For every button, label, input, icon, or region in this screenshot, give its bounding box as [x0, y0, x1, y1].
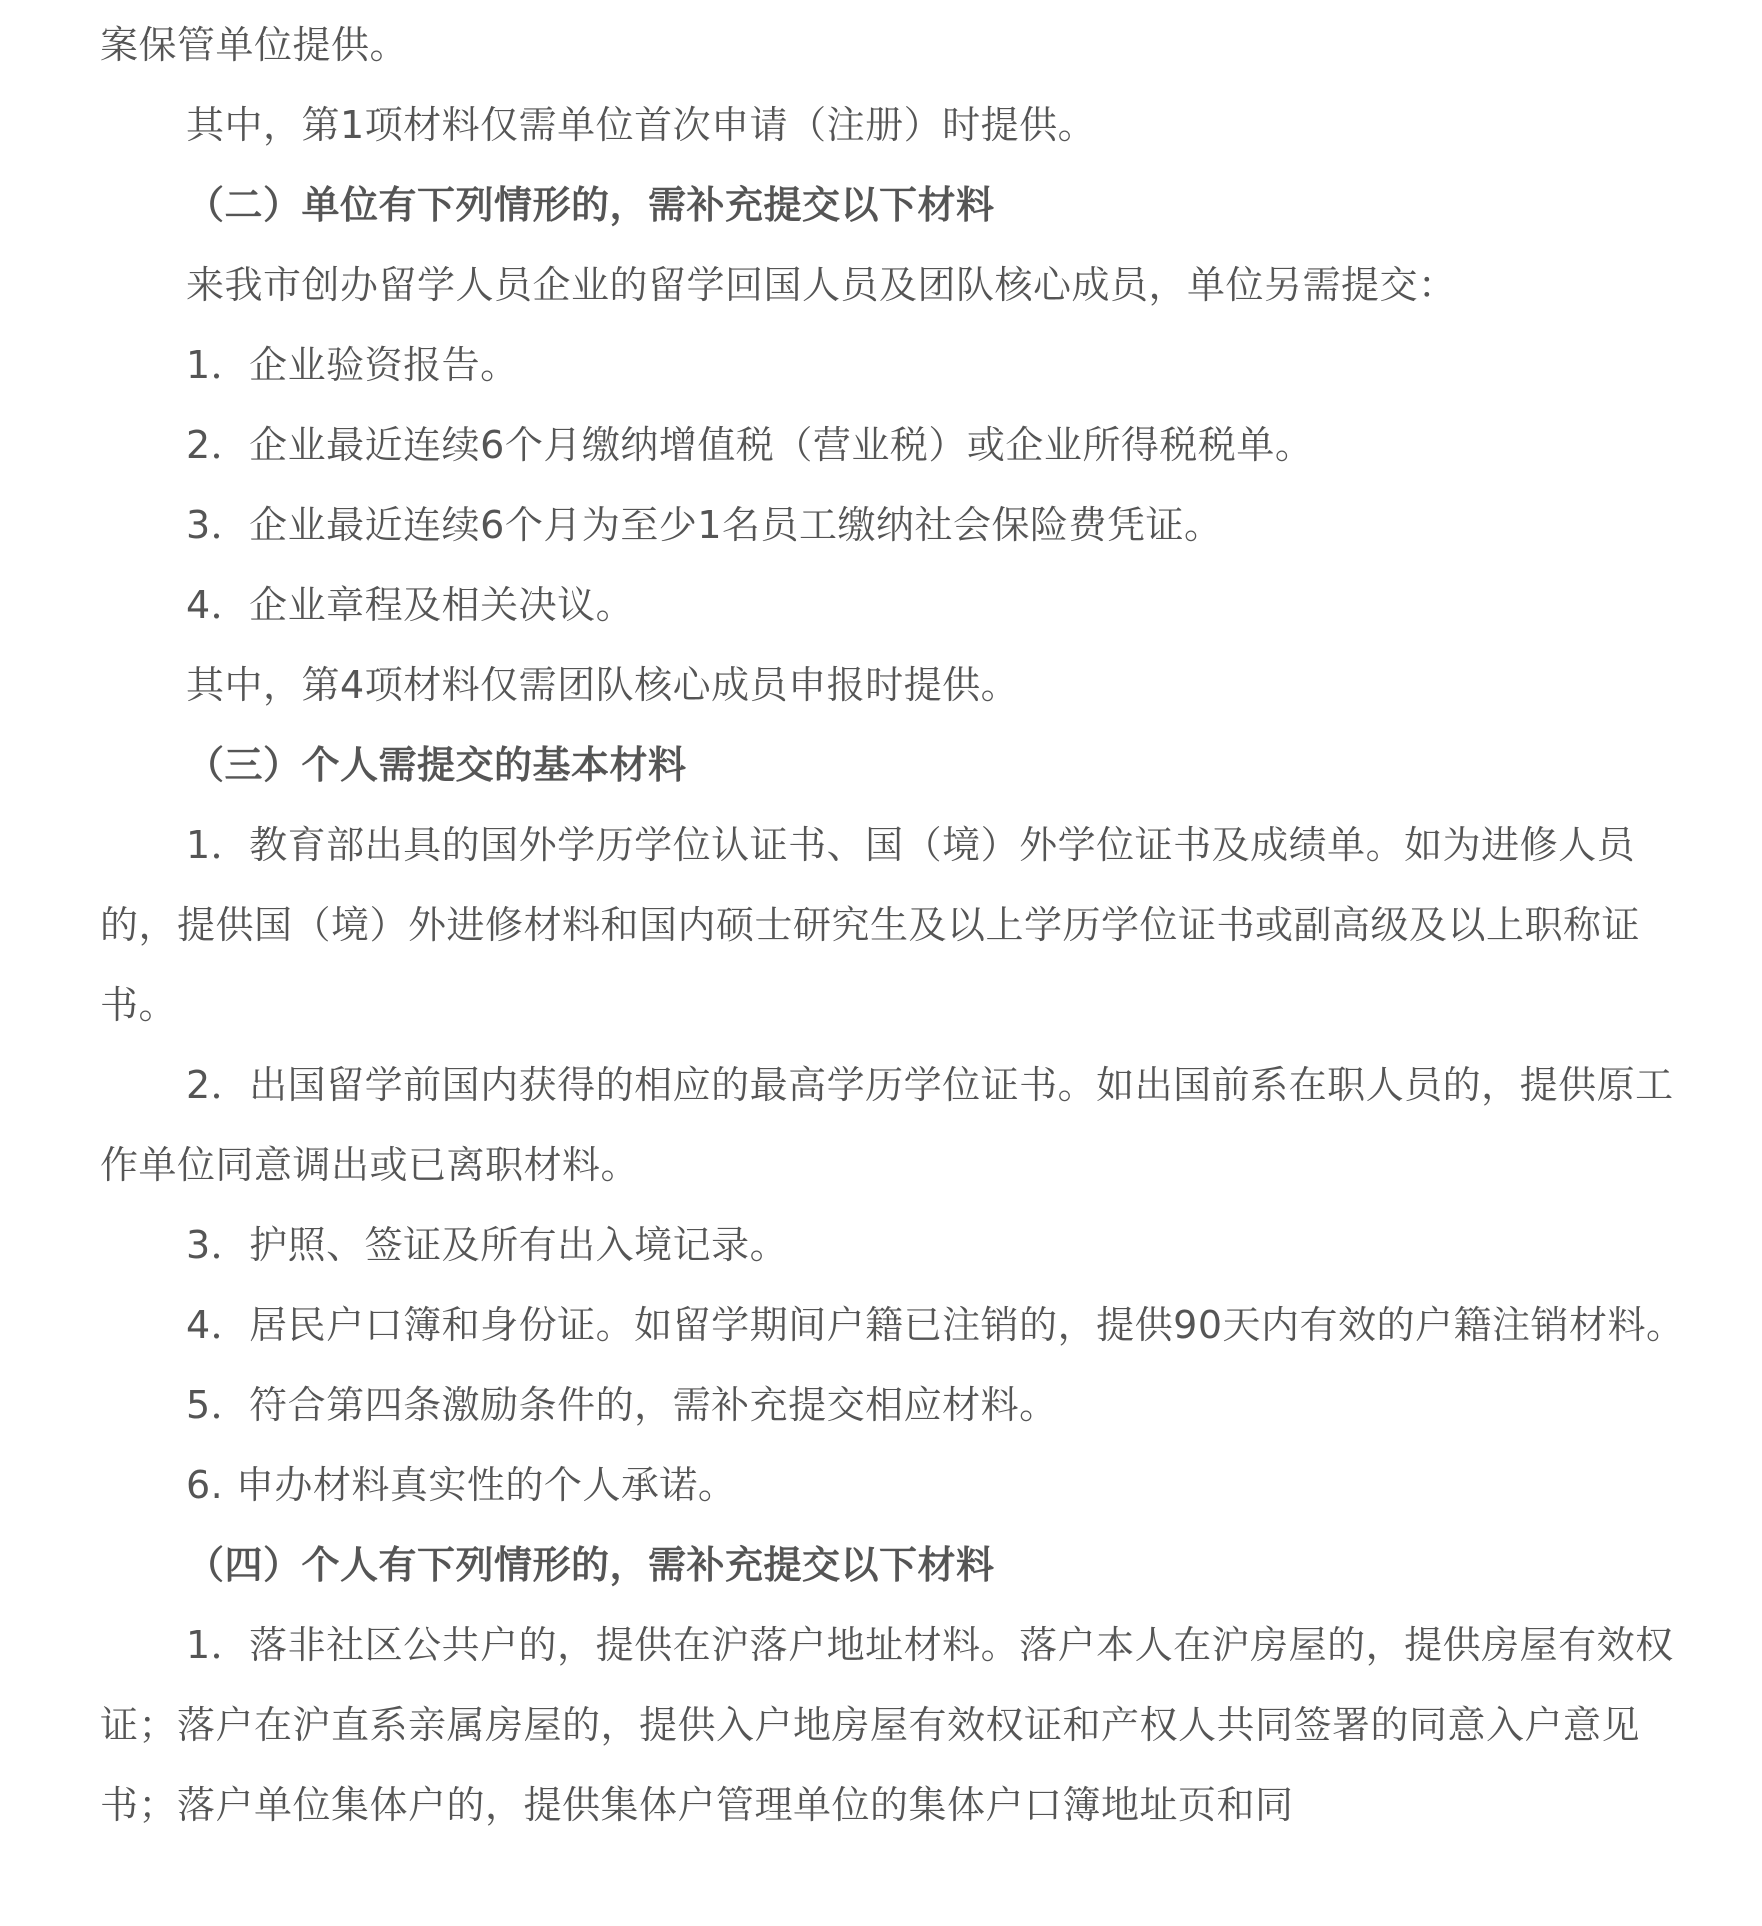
list-item: 3．护照、签证及所有出入境记录。	[100, 1205, 1700, 1285]
list-item: 5．符合第四条激励条件的，需补充提交相应材料。	[100, 1365, 1700, 1445]
list-item: 2．出国留学前国内获得的相应的最高学历学位证书。如出国前系在职人员的，提供原工作…	[100, 1045, 1700, 1205]
document-body: 案保管单位提供。 其中，第1项材料仅需单位首次申请（注册）时提供。 （二）单位有…	[100, 0, 1700, 1845]
section-heading-4: （四）个人有下列情形的，需补充提交以下材料	[100, 1525, 1700, 1605]
paragraph: 其中，第1项材料仅需单位首次申请（注册）时提供。	[100, 85, 1700, 165]
paragraph: 案保管单位提供。	[100, 5, 1700, 85]
list-item: 1．落非社区公共户的，提供在沪落户地址材料。落户本人在沪房屋的，提供房屋有效权证…	[100, 1605, 1700, 1845]
section-heading-3: （三）个人需提交的基本材料	[100, 725, 1700, 805]
section-heading-2: （二）单位有下列情形的，需补充提交以下材料	[100, 165, 1700, 245]
paragraph: 来我市创办留学人员企业的留学回国人员及团队核心成员，单位另需提交：	[100, 245, 1700, 325]
list-item: 3．企业最近连续6个月为至少1名员工缴纳社会保险费凭证。	[100, 485, 1700, 565]
list-item: 4．企业章程及相关决议。	[100, 565, 1700, 645]
list-item: 6. 申办材料真实性的个人承诺。	[100, 1445, 1700, 1525]
list-item: 1．教育部出具的国外学历学位认证书、国（境）外学位证书及成绩单。如为进修人员的，…	[100, 805, 1700, 1045]
paragraph: 其中，第4项材料仅需团队核心成员申报时提供。	[100, 645, 1700, 725]
list-item: 1．企业验资报告。	[100, 325, 1700, 405]
list-item: 4．居民户口簿和身份证。如留学期间户籍已注销的，提供90天内有效的户籍注销材料。	[100, 1285, 1700, 1365]
list-item: 2．企业最近连续6个月缴纳增值税（营业税）或企业所得税税单。	[100, 405, 1700, 485]
